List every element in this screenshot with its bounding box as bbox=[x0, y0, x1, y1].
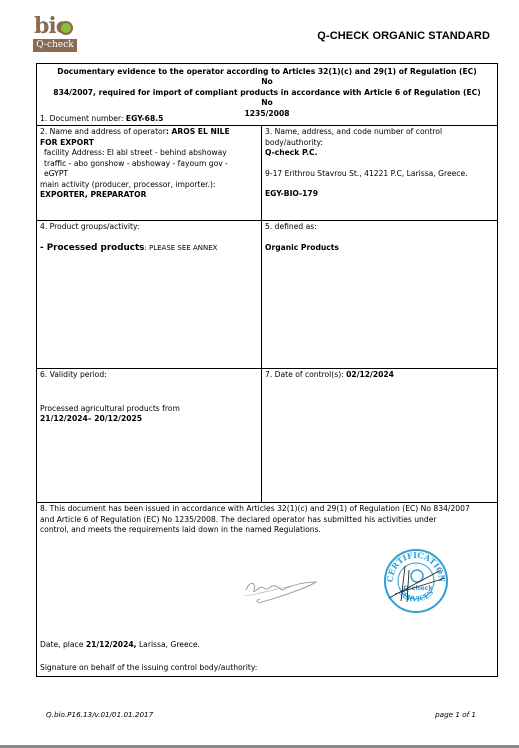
operator-address: eGYPT bbox=[40, 169, 258, 180]
product-groups-cell: 4. Product groups/activity: - Processed … bbox=[37, 221, 261, 254]
defined-as-label: 5. defined as: bbox=[265, 222, 495, 233]
control-body-label: body/authority: bbox=[265, 138, 495, 149]
signature-label: Signature on behalf of the issuing contr… bbox=[40, 663, 257, 672]
document-number-label: 1. Document number: bbox=[40, 114, 126, 123]
validity-cell: 6. Validity period: Processed agricultur… bbox=[37, 369, 261, 426]
logo-qcheck-text: Q-check bbox=[33, 39, 77, 52]
declaration-text: 8. This document has been issued in acco… bbox=[40, 504, 494, 515]
divider bbox=[261, 220, 262, 368]
svg-text:CERTIFICATION: CERTIFICATION bbox=[385, 550, 447, 583]
operator-address: facility Address: El abl street - behind… bbox=[40, 148, 258, 159]
footer-code: Q.bio.P16.13/v.01/01.01.2017 bbox=[46, 710, 153, 719]
operator-name: : AROS EL NILE bbox=[166, 127, 230, 136]
control-body-name: Q-check P.C. bbox=[265, 148, 318, 157]
intro-line: 834/2007, required for import of complia… bbox=[53, 88, 481, 109]
operator-label: 2. Name and address of operator bbox=[40, 127, 166, 136]
control-body-address: 9-17 Erithrou Stavrou St., 41221 P.C, La… bbox=[265, 169, 495, 180]
certification-stamp-icon: CERTIFICATION SERVICES Q-check bbox=[381, 546, 451, 616]
control-body-code: EGY-BIO-179 bbox=[265, 189, 318, 198]
operator-cell: 2. Name and address of operator: AROS EL… bbox=[37, 126, 261, 202]
operator-name-cont: FOR EXPORT bbox=[40, 138, 94, 147]
date-place-label: Date, place bbox=[40, 640, 86, 649]
main-activity-label: main activity (producer, processor, impo… bbox=[40, 180, 258, 191]
product-group-value: - Processed products bbox=[40, 243, 144, 253]
operator-address: traffic - abo gonshow - abshoway - fayou… bbox=[40, 159, 258, 170]
issue-place: Larissa, Greece. bbox=[137, 640, 200, 649]
defined-as-value: Organic Products bbox=[265, 243, 339, 252]
control-date-label: 7. Date of control(s): bbox=[265, 370, 346, 379]
divider bbox=[261, 368, 262, 502]
product-groups-label: 4. Product groups/activity: bbox=[40, 222, 258, 233]
declaration-cell: 8. This document has been issued in acco… bbox=[37, 503, 497, 537]
defined-as-cell: 5. defined as: Organic Products bbox=[262, 221, 498, 254]
issue-date: 21/12/2024, bbox=[86, 640, 137, 649]
checkmark-icon bbox=[59, 21, 73, 35]
control-date-value: 02/12/2024 bbox=[346, 370, 394, 379]
main-activity-value: EXPORTER, PREPARATOR bbox=[40, 190, 146, 199]
certificate-page: bio Q-check Q-CHECK ORGANIC STANDARD Doc… bbox=[0, 0, 519, 745]
footer-page-number: page 1 of 1 bbox=[435, 710, 476, 719]
declaration-text: control, and meets the requirements laid… bbox=[40, 525, 494, 536]
validity-text: Processed agricultural products from bbox=[40, 404, 258, 415]
signature-line: Signature on behalf of the issuing contr… bbox=[37, 662, 437, 675]
product-note: : PLEASE SEE ANNEX bbox=[144, 244, 217, 252]
validity-period: 21/12/2024– 20/12/2025 bbox=[40, 414, 142, 423]
control-body-label: 3. Name, address, and code number of con… bbox=[265, 127, 495, 138]
date-place-line: Date, place 21/12/2024, Larissa, Greece. bbox=[37, 639, 337, 652]
signature-icon bbox=[240, 566, 320, 606]
document-number-value: EGY-68.5 bbox=[126, 114, 164, 123]
control-date-cell: 7. Date of control(s): 02/12/2024 bbox=[262, 369, 498, 382]
document-number-field: 1. Document number: EGY-68.5 bbox=[40, 114, 163, 125]
declaration-text: and Article 6 of Regulation (EC) No 1235… bbox=[40, 515, 494, 526]
standard-title: Q-CHECK ORGANIC STANDARD bbox=[317, 30, 490, 42]
divider bbox=[261, 125, 262, 220]
intro-heading: Documentary evidence to the operator acc… bbox=[37, 64, 497, 119]
control-body-cell: 3. Name, address, and code number of con… bbox=[262, 126, 498, 201]
validity-label: 6. Validity period: bbox=[40, 370, 258, 381]
intro-line: Documentary evidence to the operator acc… bbox=[53, 67, 481, 88]
bio-qcheck-logo: bio Q-check bbox=[33, 15, 78, 53]
